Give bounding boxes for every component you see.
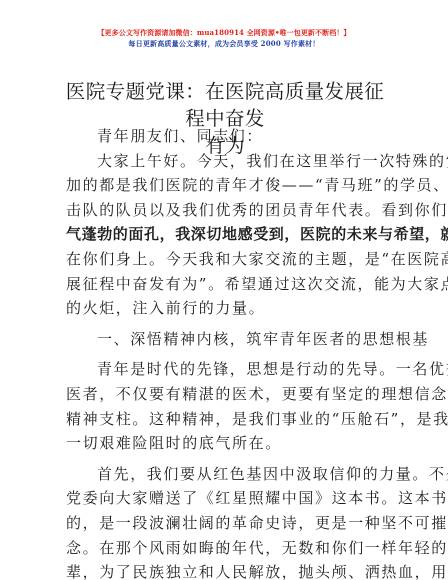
page-number: 1 (0, 546, 448, 556)
paragraph-line: 首先，我们要从红色基因中汲取信仰的力量。不久前，院 (66, 462, 384, 487)
paragraph-line: 一切艰难险阻时的底气所在。 (66, 431, 384, 456)
paragraph-line-bold: 气蓬勃的面孔，我深切地感受到，医院的未来与希望，就寄托 (66, 222, 384, 247)
document-page: 【更多公文写作资源请加微信：mua180914 全网资源•唯一包更新不断档！】 … (0, 0, 448, 580)
paragraph-line: 击队的队员以及我们优秀的团员青年代表。看到你们一张张朝 (66, 198, 384, 223)
paragraph-line: 精神支柱。这种精神，是我们事业的“压舱石”，是我们面对 (66, 407, 384, 432)
paragraph-line: 的火炬，注入前行的力量。 (66, 296, 384, 321)
salutation: 青年朋友们、同志们： (66, 124, 384, 149)
promo-banner-line-1: 【更多公文写作资源请加微信：mua180914 全网资源•唯一包更新不断档！】 (0, 28, 448, 38)
paragraph-line: 在你们身上。今天我和大家交流的主题，是“在医院高质量发 (66, 247, 384, 272)
section-heading: 一、深悟精神内核，筑牢青年医者的思想根基 (66, 327, 384, 352)
paragraph-line: 加的都是我们医院的青年才俊——“青马班”的学员、青年突 (66, 173, 384, 198)
paragraph-line: 展征程中奋发有为”。希望通过这次交流，能为大家点燃思想 (66, 272, 384, 297)
paragraph-line: 的，是一段波澜壮阔的革命史诗，更是一种坚不可摧的理想信 (66, 511, 384, 536)
paragraph-line: 青年是时代的先锋，思想是行动的先导。一名优秀的青年 (66, 357, 384, 382)
paragraph-line: 大家上午好。今天，我们在这里举行一次特殊的党课，参 (66, 149, 384, 174)
paragraph-line: 辈，为了民族独立和人民解放，抛头颅、洒热血，用青春和生 (66, 560, 384, 580)
paragraph-line: 医者，不仅要有精湛的医术，更要有坚定的理想信念和强大的 (66, 382, 384, 407)
promo-banner-line-2: 每日更新高质量公文素材，成为会员享受 2000 写作素材！ (0, 39, 448, 49)
document-body: 青年朋友们、同志们： 大家上午好。今天，我们在这里举行一次特殊的党课，参 加的都… (66, 124, 384, 580)
paragraph-line: 党委向大家赠送了《红星照耀中国》这本书。这本书所记录 (66, 486, 384, 511)
